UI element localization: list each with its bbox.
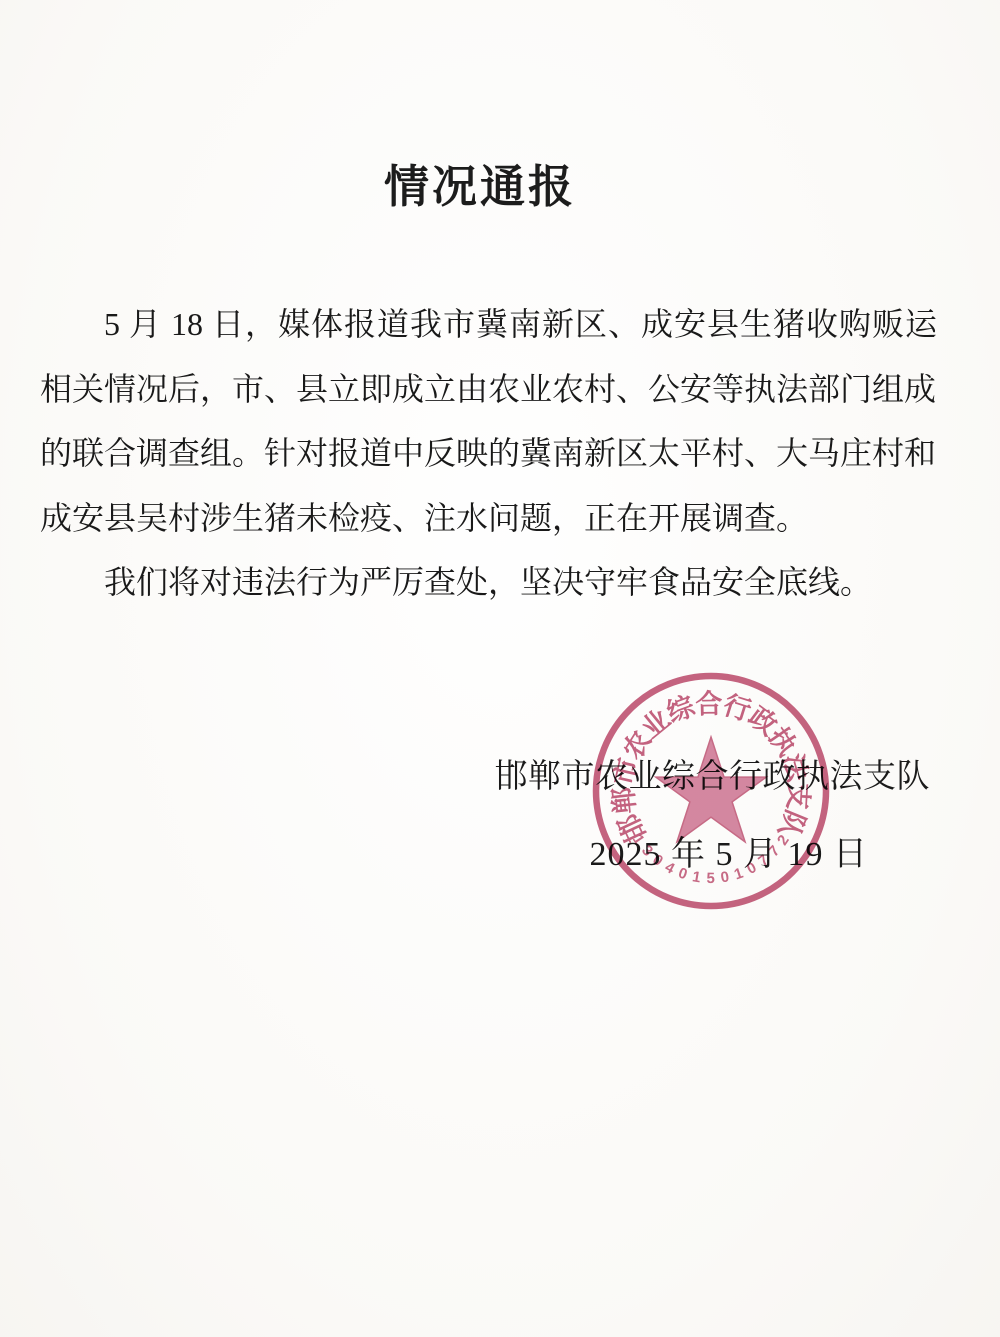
body-line-1: 5 月 18 日，媒体报道我市冀南新区、成安县生猪收购贩运 [40, 292, 937, 357]
body-line-3: 的联合调查组。针对报道中反映的冀南新区太平村、大马庄村和 [40, 421, 937, 486]
document-page: 情况通报 5 月 18 日，媒体报道我市冀南新区、成安县生猪收购贩运 相关情况后… [0, 0, 1000, 1337]
issuer-signature: 邯郸市农业综合行政执法支队 [495, 750, 931, 797]
body-line-2: 相关情况后，市、县立即成立由农业农村、公安等执法部门组成 [40, 357, 937, 422]
document-body: 5 月 18 日，媒体报道我市冀南新区、成安县生猪收购贩运 相关情况后，市、县立… [40, 292, 937, 615]
body-line-5: 我们将对违法行为严厉查处，坚决守牢食品安全底线。 [40, 550, 937, 615]
body-line-4: 成安县吴村涉生猪未检疫、注水问题，正在开展调查。 [40, 486, 937, 551]
document-date: 2025 年 5 月 19 日 [590, 826, 869, 875]
document-title: 情况通报 [0, 150, 960, 215]
